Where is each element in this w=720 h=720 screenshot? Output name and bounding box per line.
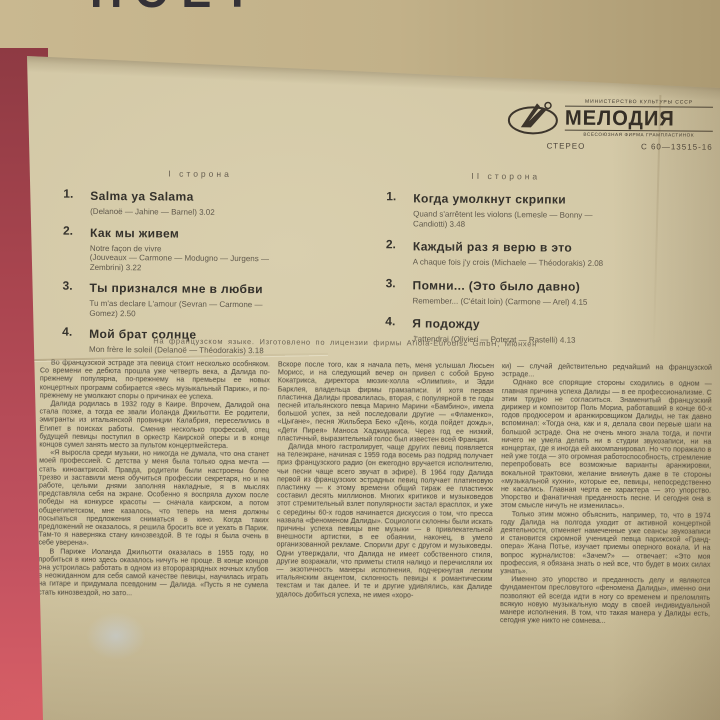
- record-sleeve-back-photo: ПОЁТ МИНИСТЕРСТВО КУЛЬТУРЫ СССР МЕЛОДИЯ …: [0, 0, 720, 720]
- photo-vignette: [0, 0, 720, 720]
